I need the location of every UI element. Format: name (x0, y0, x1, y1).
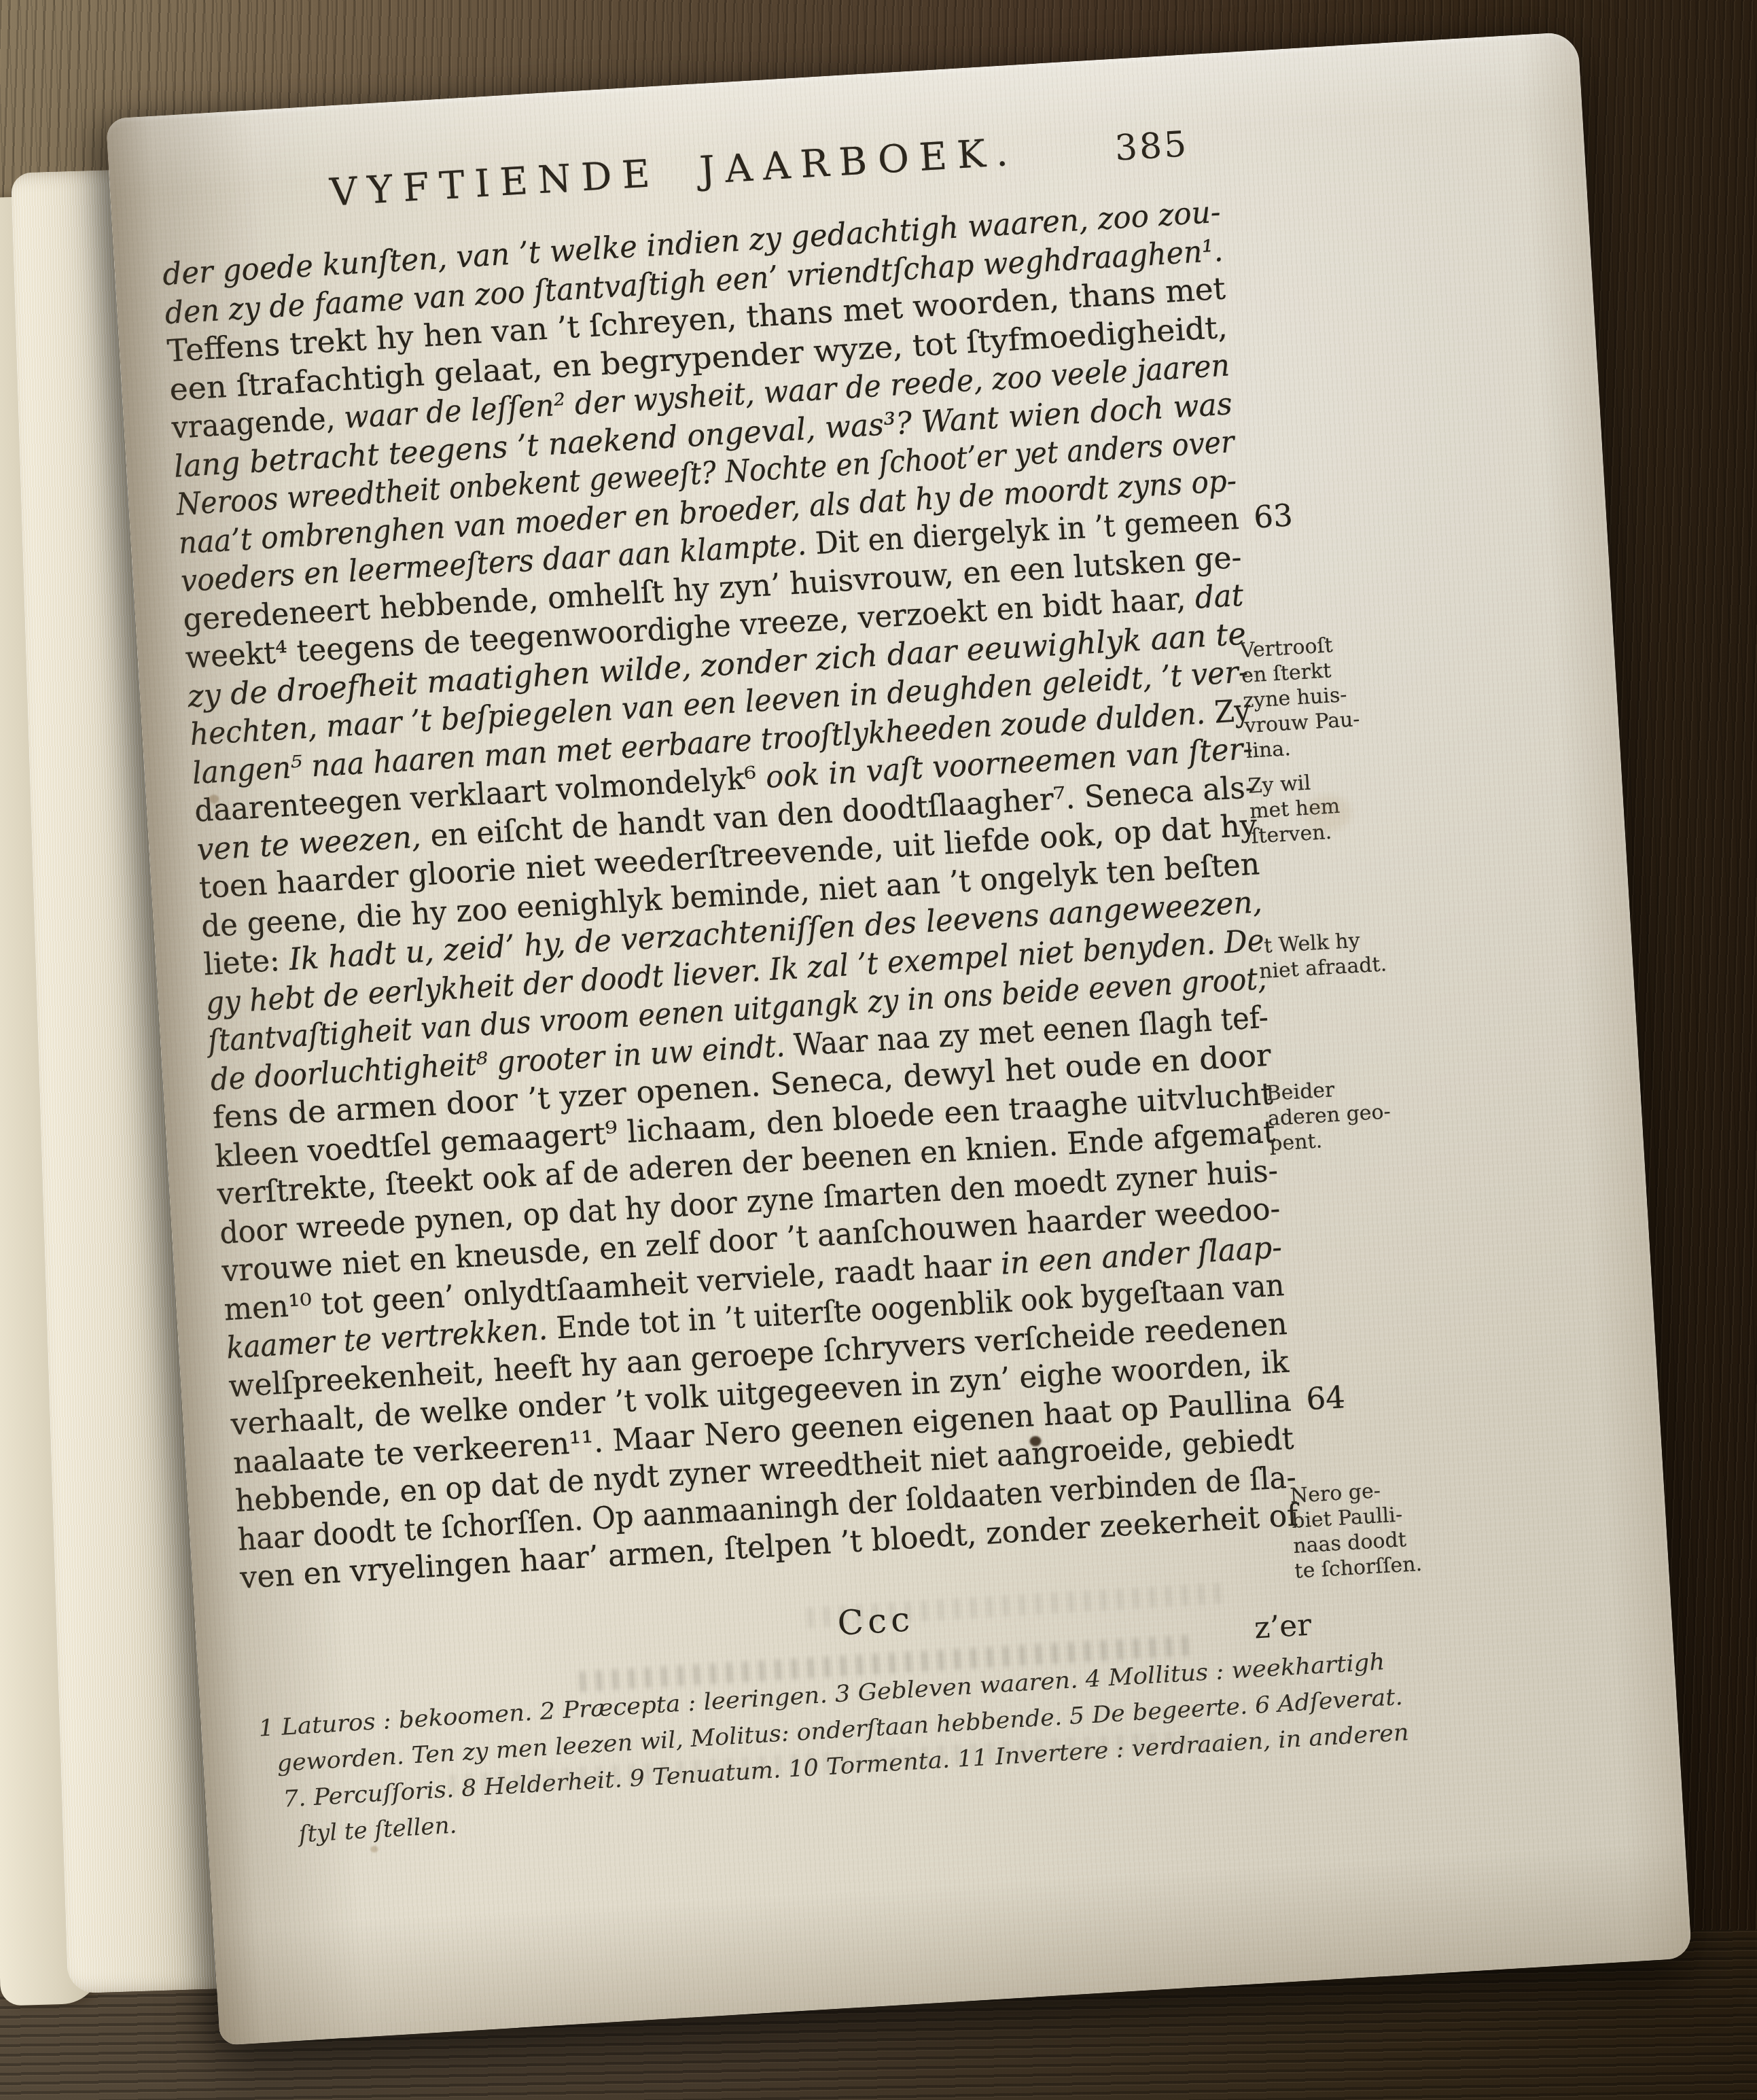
book-page: VYFTIENDE JAARBOEK. 385 der goede kunſte… (106, 31, 1692, 2046)
footnotes-block: 1 Laturos : bekoomen. 2 Præcepta : leeri… (258, 1643, 1419, 1855)
margin-note: Vertrooſten ſterktzyne huis-vrouw Pau-li… (1239, 626, 1457, 764)
margin-note: Zy wilmet hemſterven. (1247, 762, 1462, 850)
margin-note: ’t Welk hyniet afraadt. (1257, 922, 1470, 984)
page-number: 385 (1114, 120, 1265, 169)
margin-note: Beideraderen geo-pent. (1266, 1069, 1480, 1157)
body-text-block: der goede kunſten, van ’t welke indien z… (162, 193, 1300, 1598)
marginal-section-number: 63 (1253, 496, 1294, 537)
photo-scene: VYFTIENDE JAARBOEK. 385 der goede kunſte… (0, 0, 1757, 2100)
marginal-section-number: 64 (1305, 1378, 1347, 1419)
